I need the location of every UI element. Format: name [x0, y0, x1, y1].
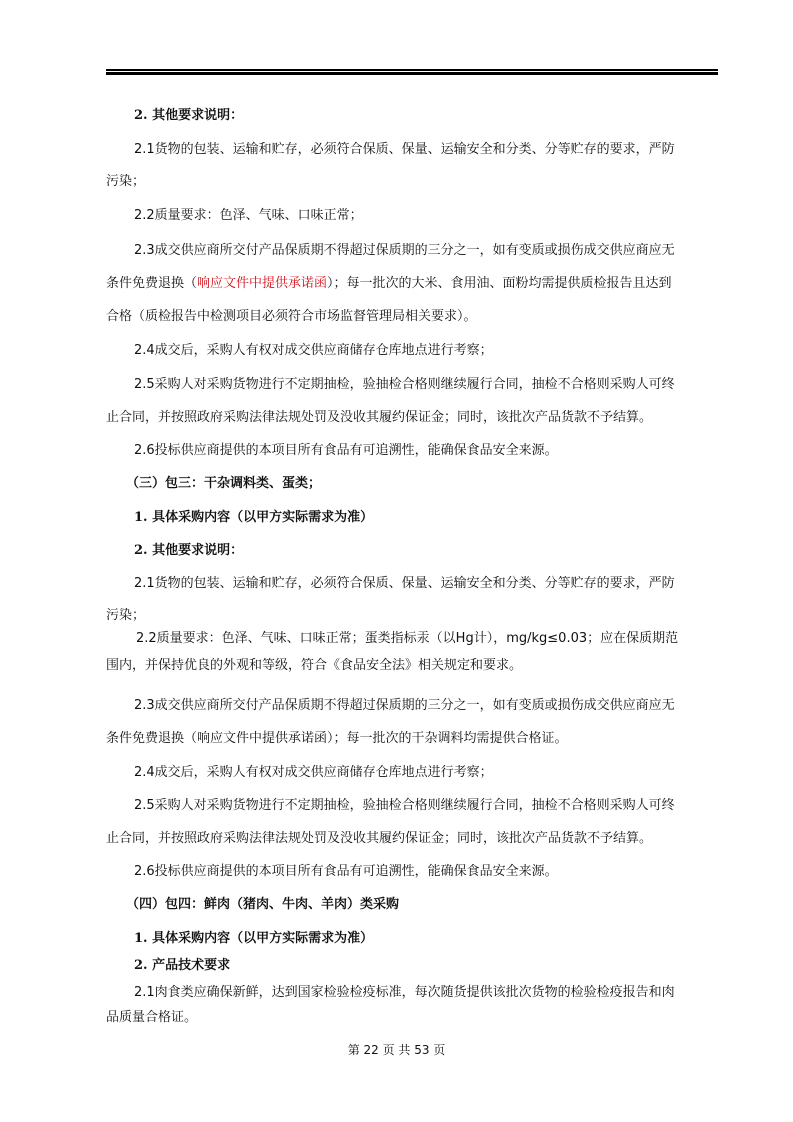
text-segment: 条件免费退换（ — [106, 276, 197, 291]
heading-package-3: （三）包三：干杂调料类、蛋类； — [106, 476, 718, 492]
heading-other-requirements: 2. 其他要求说明： — [106, 108, 718, 124]
paragraph-2-5-line1: 2.5采购人对采购货物进行不定期抽检，验抽检合格则继续履行合同，抽检不合格则采购… — [106, 377, 718, 393]
heading-package-4-content: 1. 具体采购内容（以甲方实际需求为准） — [106, 931, 718, 947]
paragraph-3-2-4: 2.4成交后，采购人有权对成交供应商储存仓库地点进行考察； — [106, 765, 718, 781]
paragraph-2-4: 2.4成交后，采购人有权对成交供应商储存仓库地点进行考察； — [106, 343, 718, 359]
header-rule-thick — [106, 72, 718, 75]
paragraph-2-6: 2.6投标供应商提供的本项目所有食品有可追溯性，能确保食品安全来源。 — [106, 443, 718, 459]
paragraph-3-2-2-line2: 围内，并保持优良的外观和等级，符合《食品安全法》相关规定和要求。 — [106, 658, 718, 674]
highlighted-commitment-text: 响应文件中提供承诺函 — [197, 276, 327, 291]
paragraph-3-2-2-line1: 2.2质量要求：色泽、气味、口味正常；蛋类指标汞（以Hg计），mg/kg≤0.0… — [106, 631, 718, 647]
paragraph-2-2: 2.2质量要求：色泽、气味、口味正常； — [106, 208, 718, 224]
paragraph-2-3-line2: 条件免费退换（响应文件中提供承诺函）；每一批次的大米、食用油、面粉均需提供质检报… — [106, 276, 718, 292]
paragraph-3-2-1-line2: 污染； — [106, 608, 718, 624]
paragraph-3-2-3-line1: 2.3成交供应商所交付产品保质期不得超过保质期的三分之一，如有变质或损伤成交供应… — [106, 698, 718, 714]
paragraph-3-2-6: 2.6投标供应商提供的本项目所有食品有可追溯性，能确保食品安全来源。 — [106, 864, 718, 880]
heading-package-4-tech: 2. 产品技术要求 — [106, 958, 718, 974]
paragraph-4-2-1-line1: 2.1肉食类应确保新鲜，达到国家检验检疫标准，每次随货提供该批次货物的检验检疫报… — [106, 985, 718, 1001]
paragraph-3-2-3-line2: 条件免费退换（响应文件中提供承诺函）；每一批次的干杂调料均需提供合格证。 — [106, 731, 718, 747]
header-rule-thin — [106, 69, 718, 71]
paragraph-2-3-line1: 2.3成交供应商所交付产品保质期不得超过保质期的三分之一，如有变质或损伤成交供应… — [106, 243, 718, 259]
heading-package-3-content: 1. 具体采购内容（以甲方实际需求为准） — [106, 510, 718, 526]
paragraph-2-3-line3: 合格（质检报告中检测项目必须符合市场监督管理局相关要求）。 — [106, 309, 718, 325]
heading-package-4: （四）包四：鲜肉（猪肉、牛肉、羊肉）类采购 — [106, 897, 718, 913]
page-number-footer: 第 22 页 共 53 页 — [0, 1043, 793, 1057]
text-segment: ）；每一批次的大米、食用油、面粉均需提供质检报告且达到 — [327, 276, 672, 291]
paragraph-2-1-line1: 2.1货物的包装、运输和贮存，必须符合保质、保量、运输安全和分类、分等贮存的要求… — [106, 142, 718, 158]
heading-package-3-requirements: 2. 其他要求说明： — [106, 543, 718, 559]
paragraph-4-2-1-line2: 品质量合格证。 — [106, 1010, 718, 1026]
paragraph-2-1-line2: 污染； — [106, 174, 718, 190]
paragraph-3-2-5-line1: 2.5采购人对采购货物进行不定期抽检，验抽检合格则继续履行合同，抽检不合格则采购… — [106, 798, 718, 814]
paragraph-2-5-line2: 止合同，并按照政府采购法律法规处罚及没收其履约保证金；同时，该批次产品货款不予结… — [106, 410, 718, 426]
paragraph-3-2-5-line2: 止合同，并按照政府采购法律法规处罚及没收其履约保证金；同时，该批次产品货款不予结… — [106, 831, 718, 847]
paragraph-3-2-1-line1: 2.1货物的包装、运输和贮存，必须符合保质、保量、运输安全和分类、分等贮存的要求… — [106, 576, 718, 592]
